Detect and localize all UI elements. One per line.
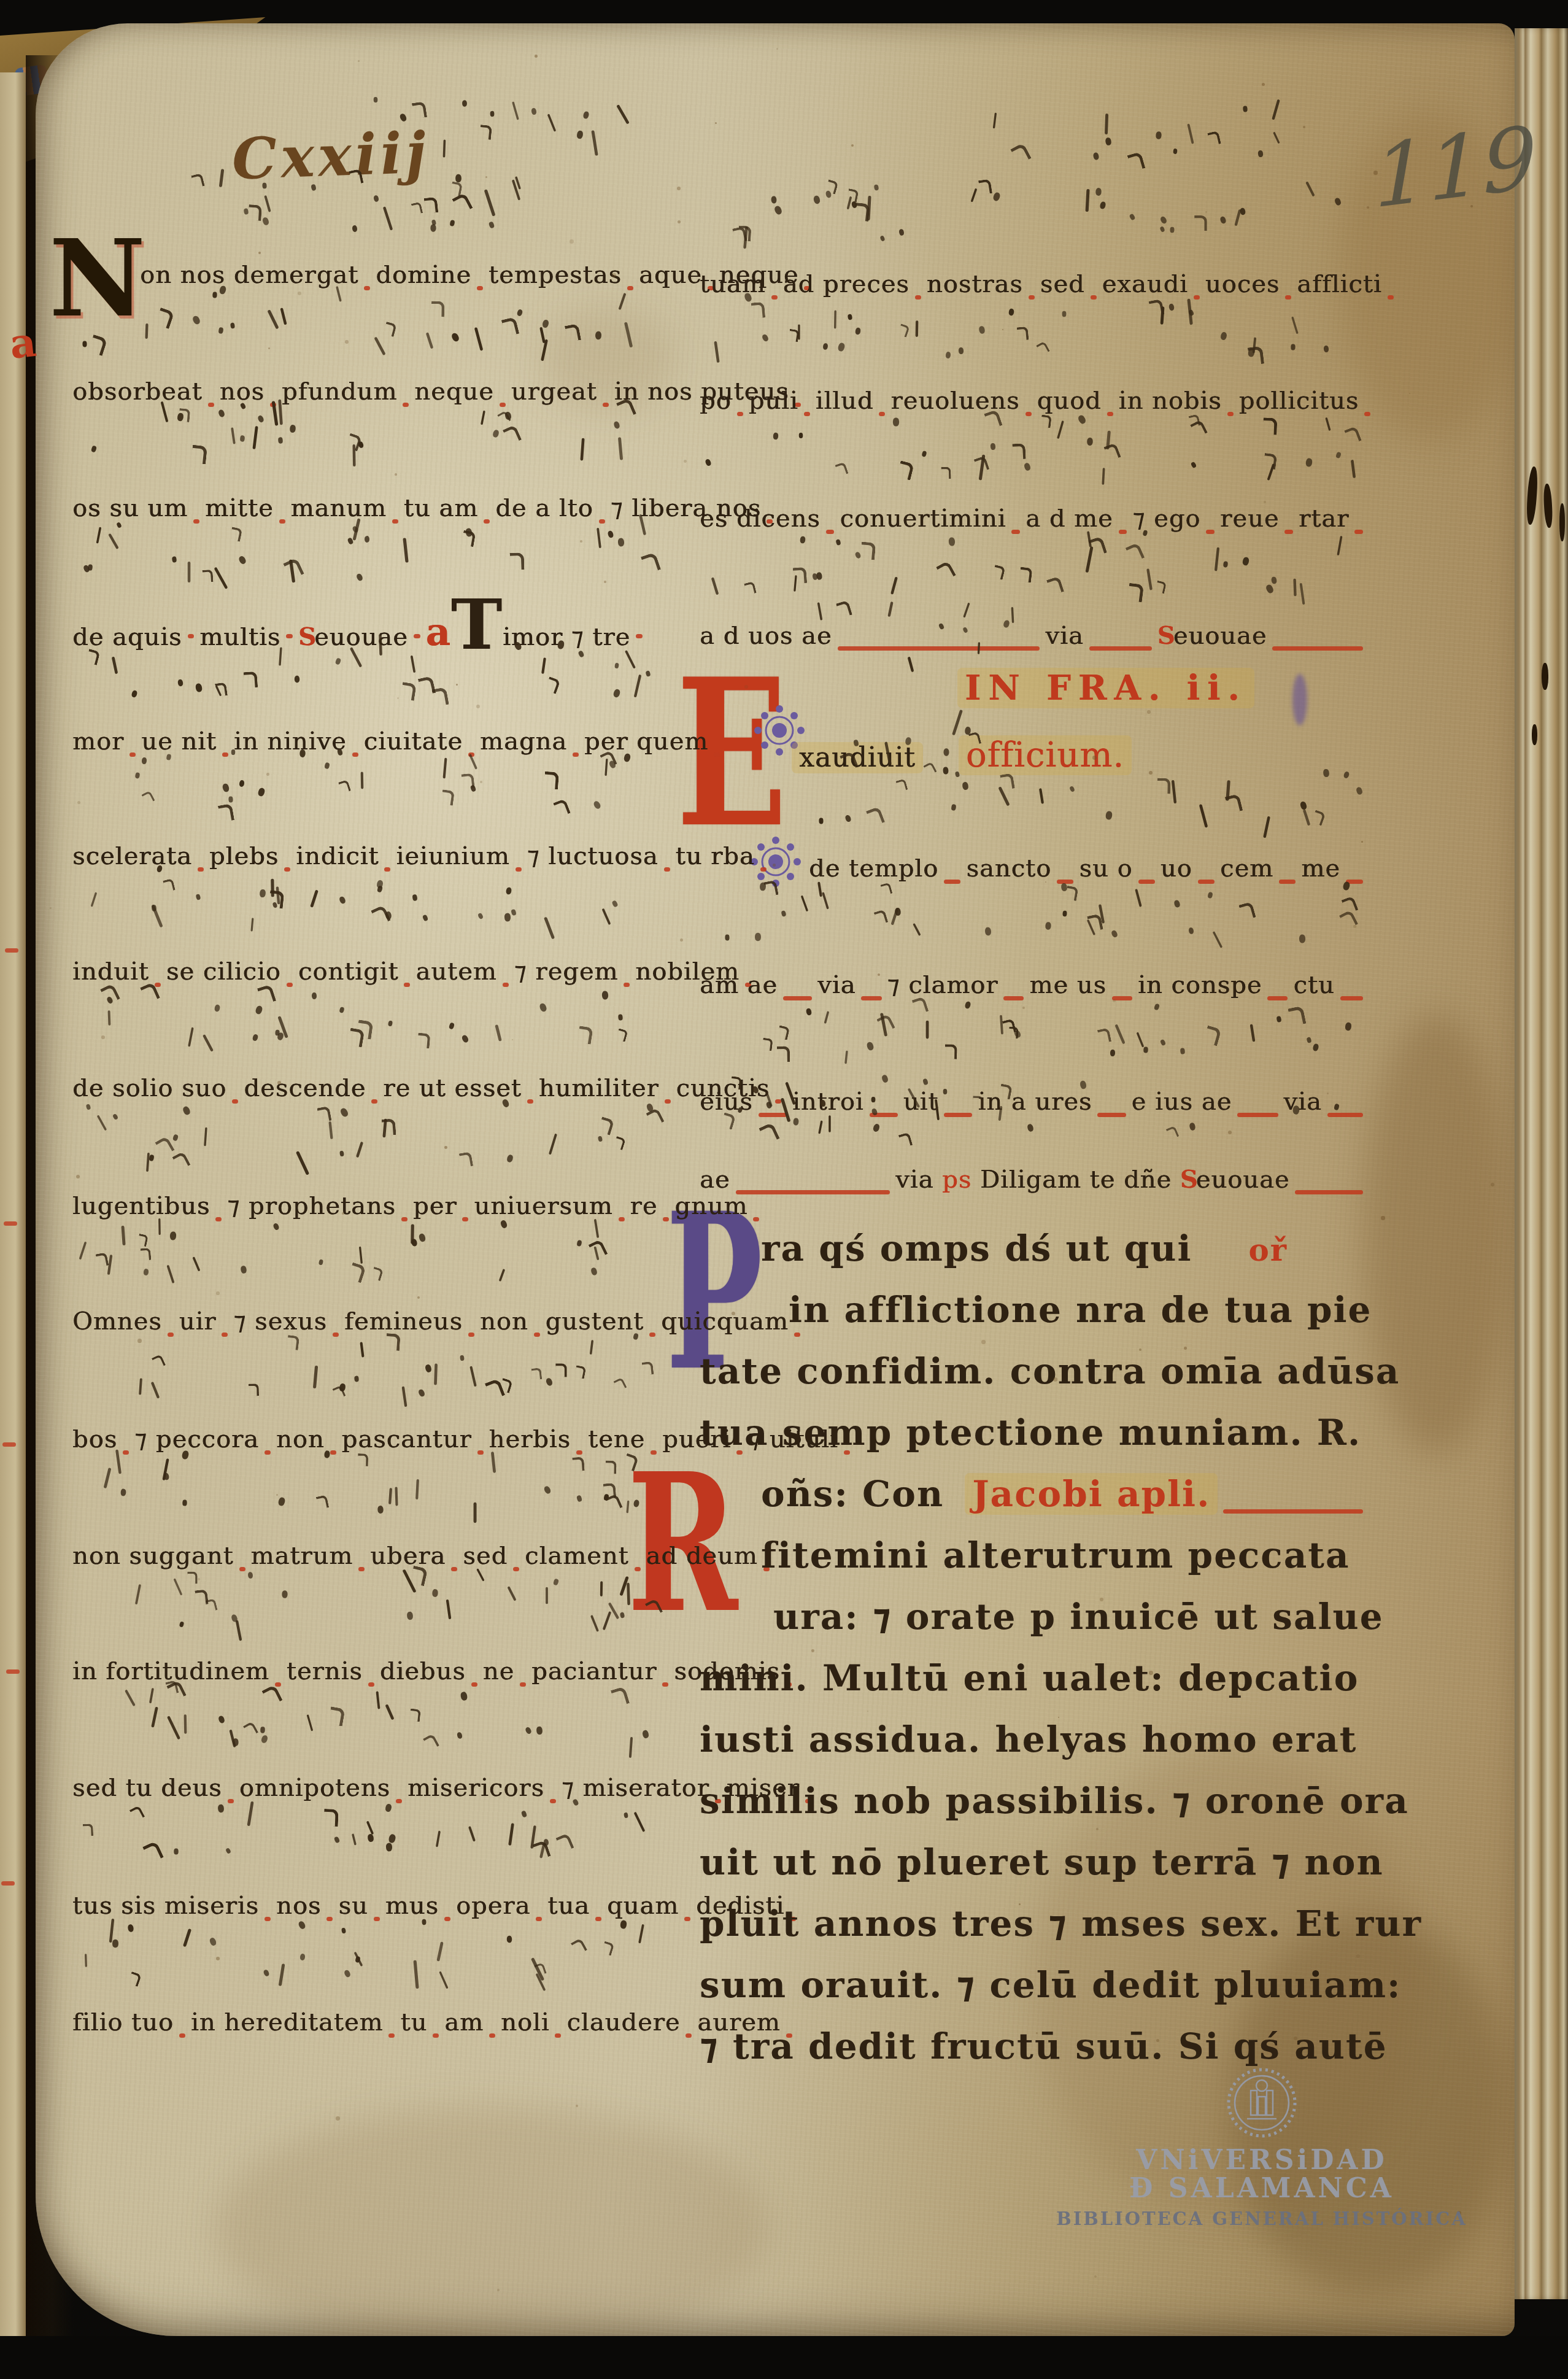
parchment-speck [1205, 211, 1207, 213]
parchment-speck [76, 1175, 80, 1178]
parchment-speck [266, 773, 269, 776]
neume-mark [990, 443, 995, 450]
parchment-speck [773, 864, 776, 867]
facing-page-red-mark [6, 1669, 20, 1674]
chant-word: ne [483, 1657, 514, 1685]
neume-mark [793, 567, 807, 584]
chant-line: induitse ciliciocontigitautem⁊ regemnobi… [72, 957, 648, 993]
parchment-speck [1184, 1347, 1187, 1350]
neume-mark [203, 569, 214, 582]
red-extender-line [760, 867, 767, 872]
parchment-speck [397, 697, 399, 699]
red-extender-line [222, 1333, 228, 1337]
chant-word: de a lto [495, 494, 593, 522]
neume-mark [441, 789, 455, 806]
neume-mark [141, 757, 147, 765]
chant-word: exaudi [1102, 270, 1188, 298]
parchment-speck [1327, 1093, 1329, 1094]
red-extender-line [1388, 295, 1394, 300]
neume-mark [1016, 327, 1029, 341]
chant-word: uoces [1205, 270, 1280, 298]
chant-word: non [276, 1425, 325, 1453]
chant-word: quicquam [661, 1307, 789, 1336]
chant-word: tuam [700, 270, 766, 298]
neume-mark [776, 1046, 790, 1062]
parchment-speck [1022, 1007, 1025, 1009]
parchment-speck [576, 2105, 578, 2107]
chant-word: tus sis miseris [72, 1892, 259, 1920]
neume-mark [158, 1218, 160, 1235]
red-extender-line [371, 1099, 377, 1104]
parchment-speck [395, 473, 397, 476]
red-extender-line [286, 634, 293, 638]
parchment-speck [684, 460, 687, 463]
chant-word: sed [463, 1542, 508, 1570]
neume-mark [1087, 438, 1093, 446]
chant-word: pfundum [282, 377, 397, 406]
red-extender-line [573, 752, 579, 757]
red-extender-line [433, 2033, 439, 2038]
neume-mark [755, 933, 761, 942]
parchment-speck [417, 1296, 420, 1299]
chant-line: non suggantmatrumuberasedclamentad deum [72, 1542, 648, 1577]
red-extender-line [1091, 295, 1097, 300]
parchment-speck [776, 48, 778, 50]
neume-mark [725, 935, 729, 941]
neume-mark [1065, 886, 1078, 901]
neume-mark [479, 125, 492, 140]
chant-word: ⁊ miserator [562, 1774, 709, 1802]
neume-mark [112, 1939, 118, 1948]
chant-word: nos [276, 1892, 321, 1920]
neume-mark [248, 204, 262, 221]
parchment-speck [612, 273, 616, 277]
prayer-line: uit ut nō plueret sup terrā ⁊ non [700, 1841, 1369, 1888]
prayer-line: oñs: ConJacobi apli. [761, 1473, 1369, 1520]
chant-word: introi [792, 1088, 864, 1116]
chant-word: humiliter [539, 1074, 659, 1102]
chant-word: os su um [72, 494, 188, 522]
red-extender-line [403, 403, 409, 407]
chant-word: ura: ⁊ orate p inuicē ut salue [773, 1596, 1384, 1638]
chant-word: uir [179, 1307, 217, 1336]
parchment-speck [1149, 771, 1153, 775]
chant-line: es dicensconuertiminia d me⁊ egoreuertar [700, 505, 1369, 540]
red-extender-line [783, 996, 812, 1000]
red-extender-line [489, 2033, 495, 2038]
red-extender-line [330, 1450, 336, 1455]
chant-word: ciuitate [364, 727, 463, 756]
chant-word: uniuersum [474, 1192, 612, 1220]
chant-line: de solio suodescendere ut essethumiliter… [72, 1074, 648, 1110]
red-extender-line [1194, 295, 1200, 300]
parchment-speck [1156, 2039, 1159, 2042]
chant-word: claudere [566, 2008, 680, 2037]
neume-mark [572, 1457, 585, 1472]
red-extender-line [333, 1333, 339, 1337]
chant-line: Omnesuir⁊ sexusfemineusnongustentquicqua… [72, 1307, 648, 1343]
red-extender-line [516, 867, 522, 872]
chant-word: multis [199, 623, 280, 651]
initial-N: N [49, 226, 145, 331]
red-extender-line [651, 1450, 657, 1455]
neume-mark [231, 749, 236, 755]
chant-word: eius [700, 1088, 753, 1116]
red-extender-line [1119, 530, 1127, 534]
neume-mark [212, 292, 217, 298]
red-extender-line [1340, 996, 1363, 1000]
red-extender-line [388, 2033, 395, 2038]
red-extender-line [1107, 412, 1113, 416]
prayer-line: tua semp ptectione muniam. R. [700, 1412, 1369, 1458]
prayer-line: similis nob passibilis. ⁊ oronē ora [700, 1780, 1369, 1827]
prayer-line: ⁊ tra dedit fructū suū. Si qś autē [700, 2025, 1369, 2072]
parchment-speck [1361, 841, 1363, 843]
chant-word: urgeat [511, 377, 597, 406]
chant-line: de aquismultisSeuouaeaTimor ⁊ tre [72, 609, 648, 644]
red-extender-line [879, 412, 885, 416]
red-extender-line [534, 1333, 540, 1337]
chant-word: iusti assidua. helyas homo erat [700, 1719, 1358, 1760]
red-extender-line [627, 286, 633, 290]
neume-mark [83, 1824, 93, 1836]
red-extender-line [364, 286, 370, 290]
watermark-department: BIBLIOTECA GENERAL HISTÓRICA [1056, 2208, 1467, 2229]
watermark-institution: VNiVERSiDAD [1136, 2147, 1387, 2174]
prayer-line: in afflictione nra de tua pie [789, 1289, 1369, 1336]
chant-word: cem [1220, 854, 1273, 883]
red-extender-line [275, 1682, 281, 1687]
neume-mark [973, 1096, 983, 1108]
chant-word: euouae [314, 623, 408, 651]
chant-word: pascantur [342, 1425, 472, 1453]
chant-word: afflicti [1297, 270, 1381, 298]
chant-word: tu am [404, 494, 478, 522]
chant-word: per quem [584, 727, 708, 756]
parchment-speck [1100, 1598, 1103, 1601]
parchment-speck [1381, 1216, 1385, 1220]
red-extender-line [326, 1917, 333, 1921]
chant-word: nostras [927, 270, 1023, 298]
parchment-speck [497, 2289, 500, 2291]
chant-word: tene [588, 1425, 645, 1453]
chant-word: ternis [287, 1657, 363, 1685]
red-extender-line [838, 646, 1040, 651]
chant-word: es dicens [700, 505, 821, 533]
chant-word: me us [1029, 971, 1106, 999]
facing-page-red-mark [2, 1442, 16, 1447]
facing-page-red-mark [5, 948, 18, 953]
chant-word: femineus [344, 1307, 463, 1336]
neume-mark [834, 311, 836, 329]
chant-word: herbis [489, 1425, 571, 1453]
red-extender-line [215, 1217, 222, 1221]
neume-mark [509, 552, 524, 570]
chant-line: IN FRA. ii. [957, 668, 1221, 703]
chant-word: tua [547, 1892, 590, 1920]
red-extender-line [915, 295, 921, 300]
chant-line: de templosanctosu ouocemme [809, 854, 1369, 890]
chant-word: lugentibus [72, 1192, 210, 1220]
neume-mark [829, 1115, 831, 1132]
neume-mark [187, 1571, 198, 1584]
red-extender-line [684, 1917, 690, 1921]
neume-mark [893, 417, 899, 426]
neume-mark [926, 1021, 929, 1039]
chant-word: su o [1079, 854, 1132, 883]
red-extender-line [1025, 412, 1032, 416]
red-extender-line [1029, 295, 1035, 300]
red-extender-line [228, 1799, 234, 1803]
chant-line: filio tuoin hereditatemtuamnoliclauderea… [72, 2008, 648, 2044]
chant-word: obsorbeat [72, 377, 203, 406]
red-extender-line [1285, 295, 1291, 300]
red-extender-line [663, 1217, 669, 1221]
neume-mark [504, 913, 511, 922]
parchment-speck [345, 340, 349, 344]
red-extender-line [1364, 412, 1370, 416]
red-extender-line [1327, 1113, 1363, 1117]
chant-word: domine [376, 261, 471, 289]
red-extender-line [1295, 1190, 1363, 1194]
chant-word: euouae [1196, 1166, 1290, 1194]
chant-line: am aevia⁊ clamorme usin conspectu [700, 971, 1369, 1007]
red-extender-line [193, 519, 199, 524]
red-extender-line [503, 983, 509, 987]
facing-page-red-mark [1, 1881, 15, 1886]
chant-word: uit ut nō plueret sup terrā ⁊ non [700, 1841, 1384, 1883]
parchment-speck [811, 1649, 814, 1652]
red-extender-line [1227, 412, 1234, 416]
chant-word: am [444, 2008, 484, 2037]
prayer-line: tate confidim. contra omīa adūsa [700, 1350, 1369, 1397]
red-extender-line [401, 1217, 407, 1221]
red-extender-line [500, 403, 506, 407]
red-extender-line [414, 634, 420, 638]
red-extender-line [208, 403, 214, 407]
red-chant-word: IN FRA. ii. [957, 668, 1254, 708]
neume-mark [417, 1032, 431, 1048]
red-extender-line [944, 1113, 972, 1117]
parchment-speck [570, 239, 574, 244]
chant-line: morue nitin niniveciuitatemagnaper quem [72, 727, 648, 763]
red-extender-line [232, 1099, 238, 1104]
chant-word: in conspe [1138, 971, 1262, 999]
chant-word: ad preces [783, 270, 910, 298]
chant-word: po [700, 387, 732, 415]
red-extender-line [599, 519, 605, 524]
neume-mark [1157, 778, 1170, 794]
prayer-line: ura: ⁊ orate p inuicē ut salue [773, 1596, 1369, 1642]
chant-word: matrum [251, 1542, 353, 1570]
neume-mark [282, 1590, 287, 1598]
neume-mark [341, 1927, 346, 1933]
red-extender-line [649, 1333, 655, 1337]
parchment-speck [580, 540, 582, 543]
parchment-speck [1470, 205, 1473, 207]
chant-word: noli [501, 2008, 549, 2037]
neume-mark [299, 749, 306, 757]
parchment-speck [1053, 1377, 1057, 1382]
neume-mark [1243, 106, 1248, 112]
chant-word: tempestas [489, 261, 622, 289]
chant-word: xaudiuit [792, 742, 923, 773]
neume-mark [361, 772, 363, 789]
red-extender-line [477, 286, 483, 290]
red-extender-line [477, 1450, 484, 1455]
neume-mark [854, 203, 870, 222]
stain [215, 2105, 767, 2351]
neume-mark [819, 818, 824, 824]
chant-line: in fortitudinemternisdiebusnepacianturso… [72, 1657, 648, 1693]
neume-mark [83, 341, 87, 347]
neume-mark [751, 302, 765, 319]
red-extender-line [603, 403, 609, 407]
chant-word: ae [700, 1166, 730, 1194]
neume-mark [462, 100, 466, 107]
chant-line: scelerataplebsindicitieiunium⁊ luctuosat… [72, 842, 648, 878]
chant-word: sancto [966, 854, 1051, 883]
neume-mark [798, 433, 803, 438]
chant-word: Diligam te dñe [980, 1166, 1180, 1194]
neume-mark [374, 97, 378, 103]
chant-word: ⁊ tra dedit fructū suū. Si qś autē [700, 2025, 1388, 2067]
chant-word: opera [456, 1892, 530, 1920]
neume-mark [228, 796, 233, 802]
chant-word: fitemini alterutrum peccata [761, 1534, 1350, 1576]
neume-mark [978, 179, 992, 195]
parchment-speck [1116, 1301, 1118, 1303]
neume-mark [260, 1727, 265, 1733]
red-extender-line [714, 752, 720, 757]
chant-word: via [1045, 622, 1083, 650]
neume-mark [1262, 417, 1277, 435]
red-extender-line [520, 1682, 526, 1687]
chant-word: a d uos ae [700, 622, 832, 650]
neume-mark [984, 927, 991, 935]
neume-mark [262, 182, 267, 188]
red-extender-line [392, 519, 398, 524]
red-extender-line [155, 983, 161, 987]
antiphon-mark: a [7, 318, 39, 368]
red-extender-line [619, 1217, 625, 1221]
chant-word: neque [414, 377, 493, 406]
parchment-speck [358, 60, 360, 62]
parchment-speck [1283, 1749, 1285, 1751]
neume-mark [602, 991, 609, 1000]
red-extender-line [451, 1567, 457, 1571]
ink-blob [1542, 663, 1548, 690]
neume-mark [323, 1809, 338, 1827]
chant-word: quod [1037, 387, 1102, 415]
parchment-speck [677, 187, 681, 190]
chant-word: Omnes [72, 1307, 162, 1336]
red-extender-line [287, 983, 293, 987]
chant-word: mor [72, 727, 124, 756]
chant-word: T [451, 613, 503, 638]
parchment-speck [1147, 710, 1151, 714]
chant-word: me [1301, 854, 1340, 883]
parchment-speck [137, 1339, 142, 1343]
chant-line: tuamad precesnostrassedexaudiuocesafflic… [700, 270, 1369, 306]
red-extender-line [265, 1450, 271, 1455]
neume-mark [943, 767, 949, 775]
chant-word: tate confidim. contra omīa adūsa [700, 1350, 1400, 1392]
parchment-speck [535, 55, 538, 58]
chant-word: tu [400, 2008, 427, 2037]
chant-word: reue [1220, 505, 1279, 533]
neume-mark [424, 196, 439, 214]
neume-mark [1012, 443, 1025, 460]
ink-blob [1532, 724, 1537, 745]
chant-word: manum [291, 494, 387, 522]
red-extender-line [662, 1682, 668, 1687]
facing-page-edge [0, 72, 26, 2379]
chant-word: ⁊ regem [514, 957, 619, 986]
neume-mark [1170, 226, 1174, 233]
chant-word: ue nit [141, 727, 217, 756]
chant-line: a d uos aeviaSeuouae [700, 621, 1369, 657]
prayer-line: ra qś omps dś ut quioř [761, 1228, 1369, 1274]
red-extender-line [1138, 880, 1155, 884]
neume-mark [233, 1738, 239, 1746]
parchment-speck [732, 1312, 735, 1315]
chant-word: in afflictione nra de tua pie [789, 1289, 1372, 1331]
chant-word: oñs: Con [761, 1473, 944, 1515]
red-extender-line [198, 867, 204, 872]
red-extender-line [484, 519, 490, 524]
neume-mark [358, 1453, 368, 1466]
chant-word: in a ures [978, 1088, 1092, 1116]
red-extender-line [753, 1217, 759, 1221]
red-chant-word: Jacobi apli. [965, 1473, 1218, 1515]
red-extender-line [759, 1113, 787, 1117]
prayer-line: sum orauit. ⁊ celū dedit pluuiam: [700, 1964, 1369, 2011]
red-extender-line [265, 1917, 271, 1921]
red-extender-line [536, 1917, 542, 1921]
red-extender-line [636, 634, 643, 638]
prayer-line: pluit annos tres ⁊ mses sex. Et rur [700, 1903, 1369, 1949]
facing-page-red-mark [4, 1221, 17, 1226]
neume-mark [442, 140, 445, 158]
chant-word: via [895, 1166, 942, 1194]
chant-word: scelerata [72, 842, 192, 870]
parchment-speck [444, 1146, 447, 1149]
chant-word: sed [1040, 270, 1085, 298]
chant-word: gustent [546, 1307, 644, 1336]
neume-mark [434, 1363, 437, 1385]
red-extender-line [1089, 646, 1152, 651]
parchment-speck [456, 684, 458, 686]
red-extender-line [468, 1333, 474, 1337]
chant-line: xaudiuitofficium. [792, 735, 1319, 771]
chant-word: autem [415, 957, 496, 986]
red-extender-line [861, 996, 881, 1000]
chant-word: pollicitus [1239, 387, 1359, 415]
red-extender-line [635, 1567, 641, 1571]
red-extender-line [624, 983, 630, 987]
neume-mark [215, 683, 228, 697]
neume-mark [191, 445, 207, 465]
neume-mark [531, 1367, 543, 1380]
chant-word: sed tu deus [72, 1774, 222, 1802]
neume-mark [490, 111, 494, 117]
neume-mark [1040, 415, 1052, 428]
red-extender-line [284, 867, 290, 872]
chant-word: ieiunium [396, 842, 509, 870]
chant-word: non suggant [72, 1542, 234, 1570]
neume-mark [422, 1919, 426, 1925]
